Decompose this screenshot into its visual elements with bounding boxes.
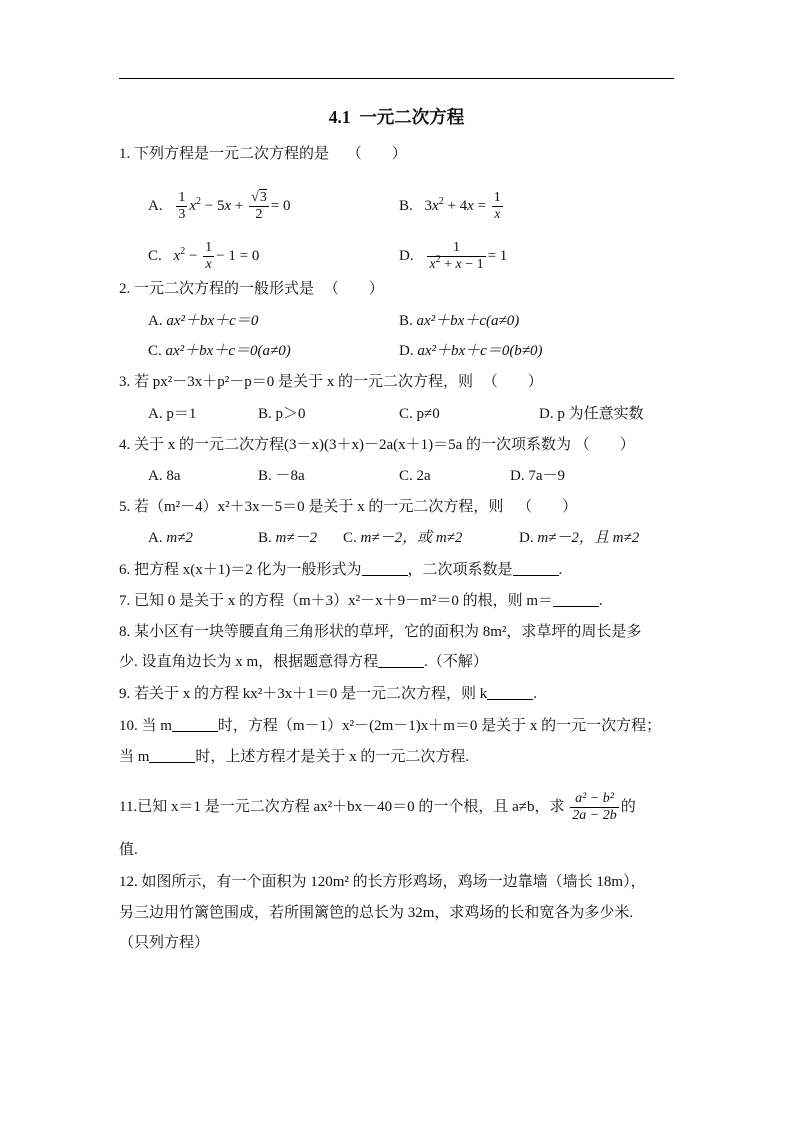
option-text: p≠0 <box>417 406 440 422</box>
option-label: A. <box>148 198 163 214</box>
question-stem: （只列方程） <box>119 935 209 951</box>
question-stem: 一元二次方程的一般形式是 <box>134 281 314 297</box>
answer-paren: （ ） <box>483 374 543 390</box>
question-stem: 某小区有一块等腰直角三角形状的草坪，它的面积为 8m²，求草坪的周长是多 <box>134 624 641 640</box>
question-stem: 若（m²－4）x²＋3x－5＝0 是关于 x 的一元二次方程，则 <box>134 499 503 515</box>
option-text: ax²＋bx＋c＝0(b≠0) <box>417 343 542 359</box>
question-stem: 下列方程是一元二次方程的是 <box>134 146 329 162</box>
option-label: A. <box>148 530 163 546</box>
fraction-denominator: 2a − 2b <box>570 808 618 824</box>
option-label: A. <box>148 468 163 484</box>
q5-option-d[interactable]: D. m≠－2，且 m≠2 <box>519 528 639 548</box>
question-number: 8. <box>119 624 130 640</box>
question-stem: 当 m <box>119 749 149 765</box>
answer-paren: （ ） <box>517 499 577 515</box>
option-label: C. <box>148 343 162 359</box>
question-stem: . <box>599 593 603 609</box>
option-label: D. <box>399 343 414 359</box>
answer-blank[interactable] <box>362 561 408 576</box>
question-number: 11. <box>119 799 137 815</box>
option-label: B. <box>399 313 413 329</box>
question-11-line-2: 值. <box>119 840 138 860</box>
question-stem: 当 m <box>142 718 172 734</box>
q5-option-a[interactable]: A. m≠2 <box>148 528 193 548</box>
q1-option-d[interactable]: D. 1x2 + x − 1= 1 <box>399 240 507 273</box>
q3-option-a[interactable]: A. p＝1 <box>148 404 196 424</box>
option-label: A. <box>148 406 163 422</box>
question-stem: 如图所示，有一个面积为 120m² 的长方形鸡场，鸡场一边靠墙（墙长 18m）， <box>142 874 646 890</box>
option-text: m≠－2，或 m≠2 <box>361 530 463 546</box>
option-text: 2a <box>417 468 431 484</box>
option-label: C. <box>399 468 413 484</box>
answer-blank[interactable] <box>378 653 424 668</box>
question-stem: 时，上述方程才是关于 x 的一元二次方程. <box>195 749 469 765</box>
question-number: 2. <box>119 281 130 297</box>
question-7: 7. 已知 0 是关于 x 的方程（m＋3）x²－x＋9－m²＝0 的根，则 m… <box>119 591 603 611</box>
question-stem: 的 <box>621 799 636 815</box>
header-rule <box>119 78 674 79</box>
option-label: A. <box>148 313 163 329</box>
answer-blank[interactable] <box>553 592 599 607</box>
question-number: 6. <box>119 562 130 578</box>
option-text: ax²＋bx＋c(a≠0) <box>417 313 520 329</box>
question-1: 1. 下列方程是一元二次方程的是 （ ） <box>119 144 407 164</box>
q1-option-b[interactable]: B. 3x2 + 4x = 1x <box>399 190 505 223</box>
question-12-line-2: 另三边用竹篱笆围成，若所围篱笆的总长为 32m，求鸡场的长和宽各为多少米. <box>119 903 633 923</box>
question-6: 6. 把方程 x(x＋1)＝2 化为一般形式为，二次项系数是. <box>119 560 562 580</box>
option-label: D. <box>510 468 525 484</box>
answer-paren: （ ） <box>347 146 407 162</box>
option-label: D. <box>539 406 554 422</box>
question-stem: 把方程 x(x＋1)＝2 化为一般形式为 <box>134 562 362 578</box>
option-label: C. <box>343 530 357 546</box>
question-number: 4. <box>119 437 130 453</box>
q3-option-b[interactable]: B. p＞0 <box>258 404 306 424</box>
q2-option-c[interactable]: C. ax²＋bx＋c＝0(a≠0) <box>148 341 291 361</box>
option-label: C. <box>399 406 413 422</box>
question-stem: 已知 x＝1 是一元二次方程 ax²＋bx－40＝0 的一个根，且 a≠b，求 <box>137 799 564 815</box>
question-number: 3. <box>119 374 130 390</box>
question-number: 1. <box>119 146 130 162</box>
question-12-line-3: （只列方程） <box>119 933 209 953</box>
question-number: 10. <box>119 718 138 734</box>
question-stem: 值. <box>119 842 138 858</box>
q2-option-a[interactable]: A. ax²＋bx＋c＝0 <box>148 311 258 331</box>
question-4: 4. 关于 x 的一元二次方程(3－x)(3＋x)－2a(x＋1)＝5a 的一次… <box>119 435 635 455</box>
question-number: 9. <box>119 686 130 702</box>
question-number: 7. <box>119 593 130 609</box>
question-3: 3. 若 px²－3x＋p²－p＝0 是关于 x 的一元二次方程，则 （ ） <box>119 372 543 392</box>
question-8-line-2: 少. 设直角边长为 x m，根据题意得方程.（不解） <box>119 652 488 672</box>
q4-option-d[interactable]: D. 7a－9 <box>510 466 565 486</box>
answer-paren: （ ） <box>575 437 635 453</box>
option-formula: 13x2 − 5x + √32= 0 <box>174 198 290 214</box>
question-11: 11.已知 x＝1 是一元二次方程 ax²＋bx－40＝0 的一个根，且 a≠b… <box>119 790 636 824</box>
option-text: ax²＋bx＋c＝0 <box>166 313 258 329</box>
option-label: B. <box>258 406 272 422</box>
answer-blank[interactable] <box>172 717 218 732</box>
question-stem: 时，方程（m－1）x²－(2m－1)x＋m＝0 是关于 x 的一元一次方程； <box>218 718 661 734</box>
title-number: 4.1 <box>329 107 351 127</box>
question-stem: 少. 设直角边长为 x m，根据题意得方程 <box>119 654 378 670</box>
question-stem: .（不解） <box>424 654 488 670</box>
q4-option-c[interactable]: C. 2a <box>399 466 431 486</box>
option-formula: 3x2 + 4x = 1x <box>425 198 505 214</box>
option-text: m≠－2，且 m≠2 <box>537 530 639 546</box>
q4-option-b[interactable]: B. －8a <box>258 466 305 486</box>
option-formula: 1x2 + x − 1= 1 <box>425 248 507 264</box>
option-text: p＞0 <box>276 406 306 422</box>
q2-option-b[interactable]: B. ax²＋bx＋c(a≠0) <box>399 311 519 331</box>
option-text: m≠－2 <box>276 530 318 546</box>
q4-option-a[interactable]: A. 8a <box>148 466 181 486</box>
question-8: 8. 某小区有一块等腰直角三角形状的草坪，它的面积为 8m²，求草坪的周长是多 <box>119 622 641 642</box>
option-formula: x2 − 1x− 1 = 0 <box>174 248 260 264</box>
option-label: B. <box>258 468 272 484</box>
option-label: D. <box>519 530 534 546</box>
question-stem: 关于 x 的一元二次方程(3－x)(3＋x)－2a(x＋1)＝5a 的一次项系数… <box>134 437 571 453</box>
question-stem: 若 px²－3x＋p²－p＝0 是关于 x 的一元二次方程，则 <box>134 374 473 390</box>
question-2: 2. 一元二次方程的一般形式是 （ ） <box>119 279 384 299</box>
option-text: p＝1 <box>166 406 196 422</box>
question-number: 5. <box>119 499 130 515</box>
fraction-expression: a² − b² 2a − 2b <box>570 791 618 824</box>
question-9: 9. 若关于 x 的方程 kx²＋3x＋1＝0 是一元二次方程，则 k. <box>119 684 537 704</box>
answer-blank[interactable] <box>487 685 533 700</box>
option-text: ax²＋bx＋c＝0(a≠0) <box>166 343 291 359</box>
answer-paren: （ ） <box>324 281 384 297</box>
option-label: B. <box>258 530 272 546</box>
option-label: B. <box>399 198 413 214</box>
question-stem: 若关于 x 的方程 kx²＋3x＋1＝0 是一元二次方程，则 k <box>134 686 487 702</box>
option-label: C. <box>148 248 162 264</box>
option-text: －8a <box>276 468 305 484</box>
q3-option-d[interactable]: D. p 为任意实数 <box>539 404 644 424</box>
question-stem: . <box>533 686 537 702</box>
q2-option-d[interactable]: D. ax²＋bx＋c＝0(b≠0) <box>399 341 543 361</box>
q1-option-c[interactable]: C. x2 − 1x− 1 = 0 <box>148 240 259 273</box>
title-text: 一元二次方程 <box>359 107 464 127</box>
question-12: 12. 如图所示，有一个面积为 120m² 的长方形鸡场，鸡场一边靠墙（墙长 1… <box>119 872 646 892</box>
question-10-line-2: 当 m时，上述方程才是关于 x 的一元二次方程. <box>119 747 469 767</box>
page-title: 4.1 一元二次方程 <box>0 104 793 129</box>
fraction-numerator: a² − b² <box>570 791 618 808</box>
option-text: p 为任意实数 <box>557 406 643 422</box>
question-number: 12. <box>119 874 138 890</box>
q1-option-a[interactable]: A. 13x2 − 5x + √32= 0 <box>148 190 291 223</box>
option-text: 7a－9 <box>528 468 565 484</box>
q5-option-b[interactable]: B. m≠－2 <box>258 528 317 548</box>
option-text: 8a <box>166 468 180 484</box>
question-stem: 已知 0 是关于 x 的方程（m＋3）x²－x＋9－m²＝0 的根，则 m＝ <box>134 593 553 609</box>
question-stem: ，二次项系数是 <box>408 562 513 578</box>
question-stem: . <box>559 562 563 578</box>
answer-blank[interactable] <box>149 748 195 763</box>
question-10: 10. 当 m时，方程（m－1）x²－(2m－1)x＋m＝0 是关于 x 的一元… <box>119 716 661 736</box>
q3-option-c[interactable]: C. p≠0 <box>399 404 440 424</box>
question-5: 5. 若（m²－4）x²＋3x－5＝0 是关于 x 的一元二次方程，则 （ ） <box>119 497 577 517</box>
option-text: m≠2 <box>166 530 193 546</box>
question-stem: 另三边用竹篱笆围成，若所围篱笆的总长为 32m，求鸡场的长和宽各为多少米. <box>119 905 633 921</box>
q5-option-c[interactable]: C. m≠－2，或 m≠2 <box>343 528 462 548</box>
answer-blank[interactable] <box>513 561 559 576</box>
option-label: D. <box>399 248 414 264</box>
